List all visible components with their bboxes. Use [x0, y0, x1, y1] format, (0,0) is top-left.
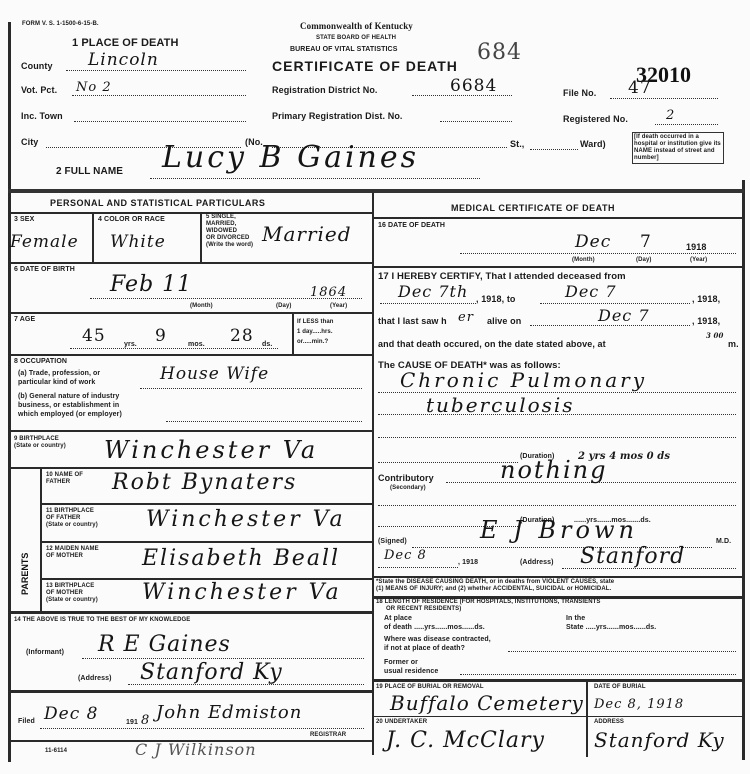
dob-month-caption: (Month)	[190, 303, 213, 309]
sex-label: 3 SEX	[14, 216, 34, 223]
last-saw-line	[530, 325, 690, 326]
contributory-value: nothing	[500, 456, 608, 484]
informant-heading: 14 THE ABOVE IS TRUE TO THE BEST OF MY K…	[14, 617, 190, 623]
full-name-line	[150, 178, 480, 179]
age-divider	[292, 312, 294, 354]
age-ds-label: ds.	[262, 341, 272, 348]
age-mos-label: mos.	[188, 341, 205, 348]
less-than-label: If LESS than 1 day.....hrs. or.....min.?	[297, 317, 334, 347]
vot-precinct-value: No 2	[76, 80, 112, 95]
burial-date-label: DATE OF BURIAL	[594, 684, 646, 690]
father-birthplace-value: Winchester Va	[146, 507, 346, 532]
header-divider	[8, 189, 744, 193]
county-value: Lincoln	[88, 50, 159, 70]
undertaker-label: 20 UNDERTAKER	[376, 719, 427, 725]
color-label: 4 COLOR OR RACE	[98, 216, 165, 223]
row-rule-father	[40, 503, 372, 505]
date-of-death-label: 16 DATE OF DEATH	[378, 222, 445, 229]
death-occurred-text: and that death occured, on the date stat…	[378, 339, 606, 349]
sex-value: Female	[10, 232, 79, 252]
cause-value-line2: tuberculosis	[426, 393, 575, 417]
mother-birthplace-label: 13 BIRTHPLACE OF MOTHER (State or countr…	[46, 583, 98, 604]
age-years: 45	[82, 326, 106, 346]
dod-month-caption: (Month)	[572, 257, 595, 263]
street-st-label: St.,	[510, 139, 524, 149]
primary-registration-line	[440, 121, 512, 122]
death-time-suffix: m.	[728, 339, 739, 349]
hospital-note: [If death occurred in a hospital or inst…	[632, 132, 724, 164]
attended-from: Dec 7th	[398, 282, 468, 301]
age-yrs-label: yrs.	[124, 341, 137, 348]
vot-precinct-label: Vot. Pct.	[21, 85, 57, 95]
personal-heading-rule	[8, 212, 372, 214]
medical-address-label: (Address)	[520, 559, 554, 566]
handwritten-top-number: 684	[477, 40, 522, 65]
registrar-signature: John Edmiston	[156, 702, 302, 723]
file-no-line	[610, 98, 718, 99]
ward-line	[530, 149, 578, 150]
ward-label: Ward)	[580, 139, 606, 149]
burial-place-value: Buffalo Cemetery	[390, 691, 584, 715]
birthplace-label: 9 BIRTHPLACE (State or country)	[14, 436, 66, 450]
mother-maiden-value: Elisabeth Beall	[142, 546, 340, 571]
filed-label: Filed	[18, 718, 35, 725]
dob-year: 1864	[310, 285, 347, 300]
undertaker-address-value: Stanford Ky	[594, 728, 725, 752]
informant-line	[82, 658, 364, 659]
burial-rule	[372, 716, 744, 717]
date-of-death-line	[460, 253, 736, 254]
row-rule-occupation	[8, 430, 372, 432]
attended-to: Dec 7	[565, 282, 617, 301]
signed-date: Dec 8	[384, 548, 427, 563]
informant-value: R E Gaines	[98, 632, 231, 657]
signed-label: (Signed)	[378, 538, 407, 545]
left-border	[8, 22, 11, 762]
date-of-death-year: 1918	[686, 242, 706, 252]
county-label: County	[21, 61, 53, 71]
dob-month-day: Feb 11	[110, 272, 192, 297]
death-time: 3 00	[706, 331, 723, 340]
form-number: FORM V. S. 1-1500-6-15-B.	[22, 21, 99, 27]
residence-heading: 18 LENGTH OF RESIDENCE (FOR HOSPITALS, I…	[376, 599, 601, 613]
row-rule-informant	[8, 690, 372, 693]
bottom-form-code: 11-6114	[45, 748, 67, 754]
last-saw-mid: alive on	[487, 316, 521, 326]
registration-district-value: 6684	[450, 76, 497, 96]
dob-year-caption: (Year)	[330, 303, 347, 309]
cause-footnote: *State the DISEASE CAUSING DEATH, or in …	[376, 579, 614, 593]
last-saw-year: , 1918,	[692, 316, 720, 326]
footnote-rule-top	[372, 576, 744, 578]
row-rule-age	[8, 354, 372, 356]
column-divider	[372, 193, 374, 755]
informant-address-value: Stanford Ky	[140, 660, 283, 685]
registered-no-label: Registered No.	[563, 114, 628, 124]
row-rule-dod	[372, 266, 744, 268]
former-residence-line	[460, 674, 736, 675]
file-no-value: 47	[628, 78, 652, 98]
md-label: M.D.	[716, 538, 731, 545]
registered-no-line	[655, 124, 718, 125]
cause-line-3	[378, 437, 736, 438]
file-no-label: File No.	[563, 88, 596, 98]
attended-to-line	[540, 303, 690, 304]
medical-address-value: Stanford	[580, 544, 685, 569]
in-state-label: In the State .....yrs......mos......ds.	[566, 614, 656, 632]
duration-line	[378, 462, 518, 463]
color-divider	[200, 212, 202, 262]
undertaker-value: J. C. McClary	[386, 728, 545, 753]
bureau: BUREAU OF VITAL STATISTICS	[290, 46, 397, 53]
row-rule-dob	[8, 312, 372, 314]
row-rule-birthplace	[8, 467, 372, 469]
certify-text: 17 I HEREBY CERTIFY, That I attended dec…	[378, 271, 626, 282]
mother-birthplace-value: Winchester Va	[142, 580, 342, 605]
to-year: , 1918,	[692, 294, 720, 304]
county-line	[66, 70, 246, 71]
certificate-title: CERTIFICATE OF DEATH	[272, 58, 458, 74]
commonwealth-title: Commonwealth of Kentucky	[300, 21, 413, 31]
row-rule-father-birthplace	[40, 541, 372, 543]
personal-heading: PERSONAL AND STATISTICAL PARTICULARS	[50, 198, 265, 208]
father-birthplace-label: 11 BIRTHPLACE OF FATHER (State or countr…	[46, 508, 98, 529]
father-name-label: 10 NAME OF FATHER	[46, 472, 83, 486]
filed-date: Dec 8	[44, 704, 98, 724]
occupation-a-line	[140, 388, 362, 389]
contributory-line-2	[378, 505, 736, 506]
attended-from-line	[380, 303, 476, 304]
registered-no-value: 2	[666, 108, 675, 123]
occupation-a-label: (a) Trade, profession, or particular kin…	[18, 369, 100, 387]
last-saw-pronoun: er	[458, 310, 474, 325]
occupation-a-value: House Wife	[160, 364, 269, 384]
age-line	[70, 348, 278, 349]
former-residence-label: Former or usual residence	[384, 658, 438, 676]
residence-rule	[372, 679, 744, 682]
state-board: STATE BOARD OF HEALTH	[316, 35, 396, 41]
parents-label: PARENTS	[20, 515, 30, 595]
from-year: , 1918, to	[476, 294, 516, 304]
dob-day-caption: (Day)	[276, 303, 292, 309]
registration-district-label: Registration District No.	[272, 85, 378, 95]
inc-town-line	[74, 121, 246, 122]
signed-year: , 1918	[458, 559, 478, 566]
registrar-label: REGISTRAR	[310, 732, 346, 738]
inc-town-label: Inc. Town	[21, 111, 63, 121]
row-rule-sex	[8, 262, 372, 264]
primary-registration-label: Primary Registration Dist. No.	[272, 111, 403, 121]
age-months: 9	[155, 326, 167, 346]
father-name-value: Robt Bynaters	[112, 470, 297, 495]
filed-year-suffix: 8	[141, 713, 150, 728]
place-of-death-heading: 1 PLACE OF DEATH	[72, 37, 179, 49]
mother-maiden-label: 12 MAIDEN NAME OF MOTHER	[46, 546, 99, 560]
cause-value-line1: Chronic Pulmonary	[400, 368, 647, 392]
sex-divider	[92, 212, 94, 262]
marital-label: 5 SINGLE, MARRIED, WIDOWED OR DIVORCED (…	[206, 214, 253, 249]
where-contracted-line	[508, 651, 736, 652]
city-label: City	[21, 137, 38, 147]
age-label: 7 AGE	[14, 316, 35, 323]
last-saw-date: Dec 7	[598, 306, 650, 325]
registrar-second-signature: C J Wilkinson	[135, 740, 257, 759]
marital-value: Married	[262, 222, 352, 246]
full-name-label: 2 FULL NAME	[56, 166, 123, 177]
medical-heading-rule	[372, 217, 744, 219]
at-place-label: At place of death .....yrs......mos.....…	[384, 614, 485, 632]
occupation-label: 8 OCCUPATION	[14, 358, 67, 365]
vot-precinct-line	[72, 95, 246, 96]
full-name-value: Lucy B Gaines	[162, 140, 419, 175]
dob-label: 6 DATE OF BIRTH	[14, 266, 75, 273]
birthplace-value: Winchester Va	[104, 436, 318, 464]
last-saw-prefix: that I last saw h	[378, 316, 447, 326]
undertaker-address-label: ADDRESS	[594, 719, 624, 725]
burial-divider	[586, 681, 588, 757]
age-days: 28	[230, 326, 254, 346]
dod-year-caption: (Year)	[690, 257, 707, 263]
date-of-death-day: 7	[640, 232, 652, 252]
burial-place-label: 19 PLACE OF BURIAL OR REMOVAL	[376, 684, 484, 690]
signed-date-line	[378, 567, 458, 568]
medical-heading: MEDICAL CERTIFICATE OF DEATH	[451, 203, 615, 213]
informant-label: (Informant)	[26, 649, 64, 656]
occupation-b-label: (b) General nature of industry business,…	[18, 392, 122, 419]
dod-day-caption: (Day)	[636, 257, 652, 263]
occupation-b-line	[166, 421, 362, 422]
contributory-sub: (Secondary)	[390, 485, 426, 491]
where-contracted-label: Where was disease contracted, if not at …	[384, 635, 491, 653]
informant-address-label: (Address)	[78, 675, 112, 682]
parents-divider	[40, 467, 42, 611]
burial-date-value: Dec 8, 1918	[594, 697, 684, 712]
contributory-label: Contributory	[378, 473, 434, 483]
filed-line	[40, 728, 364, 729]
color-value: White	[110, 232, 166, 252]
date-of-death-month: Dec	[575, 232, 611, 252]
row-rule-mother-birthplace	[8, 611, 372, 614]
signed-value: E J Brown	[480, 516, 638, 544]
filed-year-prefix: 191	[126, 719, 138, 726]
